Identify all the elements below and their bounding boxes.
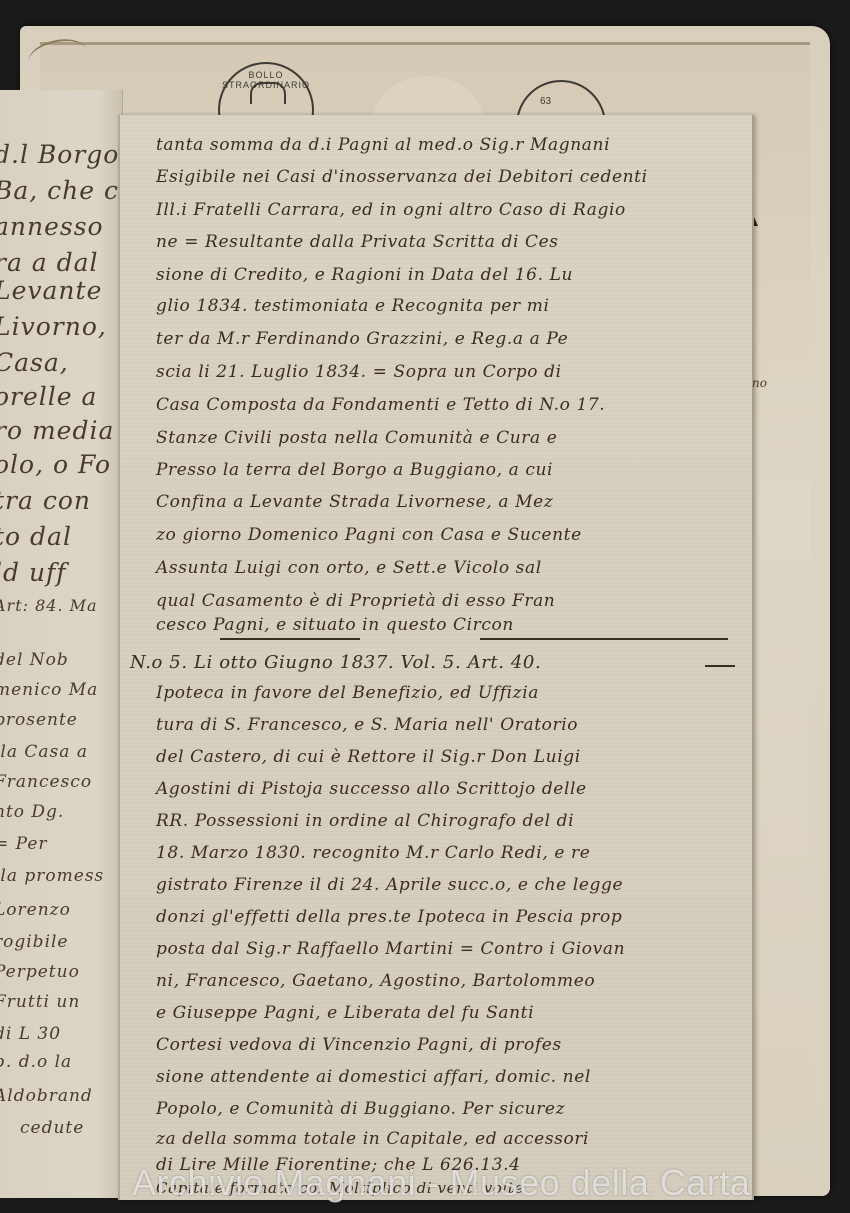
left-page-line: Francesco: [0, 772, 92, 792]
left-page-line: olo, o Fo: [0, 450, 111, 479]
entry-line: donzi gl'effetti della pres.te Ipoteca i…: [156, 907, 742, 927]
section-divider: [220, 638, 360, 640]
left-page-line: tra con: [0, 486, 91, 515]
left-page-line: di L 30: [0, 1024, 61, 1044]
entry-line: RR. Possessioni in ordine al Chirografo …: [156, 811, 742, 831]
left-page-line: menico Ma: [0, 680, 98, 700]
main-page: tanta somma da d.i Pagni al med.o Sig.r …: [118, 115, 754, 1200]
handwritten-line: glio 1834. testimoniata e Recognita per …: [156, 296, 742, 316]
entry-line: Ipoteca in favore del Benefizio, ed Uffi…: [156, 683, 742, 703]
left-page-line: Perpetuo: [0, 962, 80, 982]
handwritten-line: ne = Resultante dalla Privata Scritta di…: [156, 232, 742, 252]
left-page-line: b. d.o la: [0, 1052, 72, 1072]
left-page-line: Lorenzo: [0, 900, 71, 920]
left-page-line: cedute: [20, 1118, 84, 1138]
left-page-line: orelle a: [0, 382, 97, 411]
entry-line: gistrato Firenze il di 24. Aprile succ.o…: [156, 875, 742, 895]
left-page-line: = Per: [0, 834, 48, 854]
left-page-line: nto Dg.: [0, 802, 64, 822]
entry-line: 18. Marzo 1830. recognito M.r Carlo Redi…: [156, 843, 742, 863]
handwritten-line: sione di Credito, e Ragioni in Data del …: [156, 265, 742, 285]
entry-header: N.o 5. Li otto Giugno 1837. Vol. 5. Art.…: [130, 652, 742, 673]
handwritten-line: Esigibile nei Casi d'inosservanza dei De…: [156, 167, 742, 187]
handwritten-line: scia li 21. Luglio 1834. = Sopra un Corp…: [156, 362, 742, 382]
left-page-line: Levante: [0, 276, 102, 305]
handwritten-line: Ill.i Fratelli Carrara, ed in ogni altro…: [156, 200, 742, 220]
left-page-line: Livorno, .: [0, 312, 123, 341]
entry-line: Popolo, e Comunità di Buggiano. Per sicu…: [156, 1099, 742, 1119]
left-page-line: Aldobrand: [0, 1086, 93, 1106]
left-page-line: annesso: [0, 212, 104, 241]
entry-line: za della somma totale in Capitale, ed ac…: [156, 1129, 742, 1149]
entry-dash: [705, 665, 735, 667]
left-page-line: ra a dal: [0, 248, 99, 277]
handwritten-line: Presso la terra del Borgo a Buggiano, a …: [156, 460, 742, 480]
crown-icon: [250, 82, 286, 104]
left-page-line: rogibile: [0, 932, 69, 952]
left-page-line: ld uff: [0, 558, 67, 587]
entry-line: Agostini di Pistoja successo allo Scritt…: [156, 779, 742, 799]
left-page-line: lla Casa a: [0, 742, 88, 762]
left-page-line: lla promess: [0, 866, 104, 886]
handwritten-line: cesco Pagni, e situato in questo Circon: [156, 615, 742, 635]
left-page-line: prosente: [0, 710, 78, 730]
handwritten-line: Confina a Levante Strada Livornese, a Me…: [156, 492, 742, 512]
left-page-line: Ba, che co: [0, 176, 123, 205]
entry-line: posta dal Sig.r Raffaello Martini = Cont…: [156, 939, 742, 959]
left-page-line: d.l Borgo: [0, 140, 119, 169]
left-page-line: ro media: [0, 416, 114, 445]
entry-line: del Castero, di cui è Rettore il Sig.r D…: [156, 747, 742, 767]
left-page-line: Art: 84. Ma: [0, 596, 98, 615]
left-page-line: Frutti un: [0, 992, 80, 1012]
entry-line: e Giuseppe Pagni, e Liberata del fu Sant…: [156, 1003, 742, 1023]
handwritten-line: Casa Composta da Fondamenti e Tetto di N…: [156, 395, 742, 415]
entry-line: ni, Francesco, Gaetano, Agostino, Bartol…: [156, 971, 742, 991]
handwritten-line: zo giorno Domenico Pagni con Casa e Suce…: [156, 525, 742, 545]
left-page-line: del Nob: [0, 650, 69, 670]
left-page: d.l Borgo Ba, che co annesso ra a dal Le…: [0, 90, 123, 1198]
handwritten-line: ter da M.r Ferdinando Grazzini, e Reg.a …: [156, 329, 742, 349]
margin-note: no: [752, 376, 767, 390]
handwritten-line: Assunta Luigi con orto, e Sett.e Vicolo …: [156, 558, 742, 578]
entry-line: tura di S. Francesco, e S. Maria nell' O…: [156, 715, 742, 735]
handwritten-line: Stanze Civili posta nella Comunità e Cur…: [156, 428, 742, 448]
archive-watermark: Archivio Magnani - Museo della Carta: [132, 1162, 750, 1204]
left-page-line: to dal: [0, 522, 72, 551]
entry-line: sione attendente ai domestici affari, do…: [156, 1067, 742, 1087]
handwritten-line: qual Casamento è di Proprietà di esso Fr…: [156, 591, 742, 611]
section-divider: [480, 638, 728, 640]
handwritten-line: tanta somma da d.i Pagni al med.o Sig.r …: [156, 135, 742, 155]
entry-line: Cortesi vedova di Vincenzio Pagni, di pr…: [156, 1035, 742, 1055]
left-page-line: Casa,: [0, 348, 69, 377]
stamp-number: 63: [540, 96, 551, 107]
